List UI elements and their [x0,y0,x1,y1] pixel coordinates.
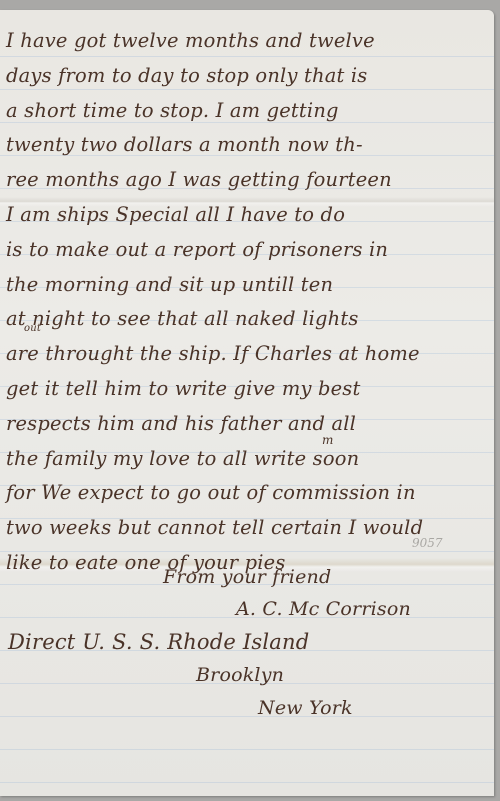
letter-line: for We expect to go out of commission in [6,476,490,511]
letter-line: days from to day to stop only that is [6,59,490,94]
letter-line: at night to see that all naked lights [6,302,490,337]
valediction: From your friend [163,566,331,588]
letter-line: are throught the ship. If Charles at hom… [6,337,490,372]
address-state: New York [258,697,353,719]
address-city: Brooklyn [196,664,284,686]
interlinear-insertion: m [322,433,334,447]
letter-body: I have got twelve months and twelve days… [6,24,492,581]
letter-line: the family my love to all write soon [6,442,490,477]
letter-line: I am ships Special all I have to do [6,198,490,233]
address-line: Direct U. S. S. Rhode Island [8,630,309,654]
letter-line: respects him and his father and all [6,407,490,442]
letter-line: get it tell him to write give my best [6,372,490,407]
letter-line: ree months ago I was getting fourteen [6,163,490,198]
letter-line: is to make out a report of prisoners in [6,233,490,268]
letter-line: the morning and sit up untill ten [6,268,490,303]
signature: A. C. Mc Corrison [236,598,411,620]
pencil-annotation: 9057 [412,536,443,550]
letter-line: twenty two dollars a month now th- [6,128,490,163]
interlinear-insertion: out [24,323,41,334]
letter-line: I have got twelve months and twelve [6,24,490,59]
letter-line: a short time to stop. I am getting [6,94,490,129]
